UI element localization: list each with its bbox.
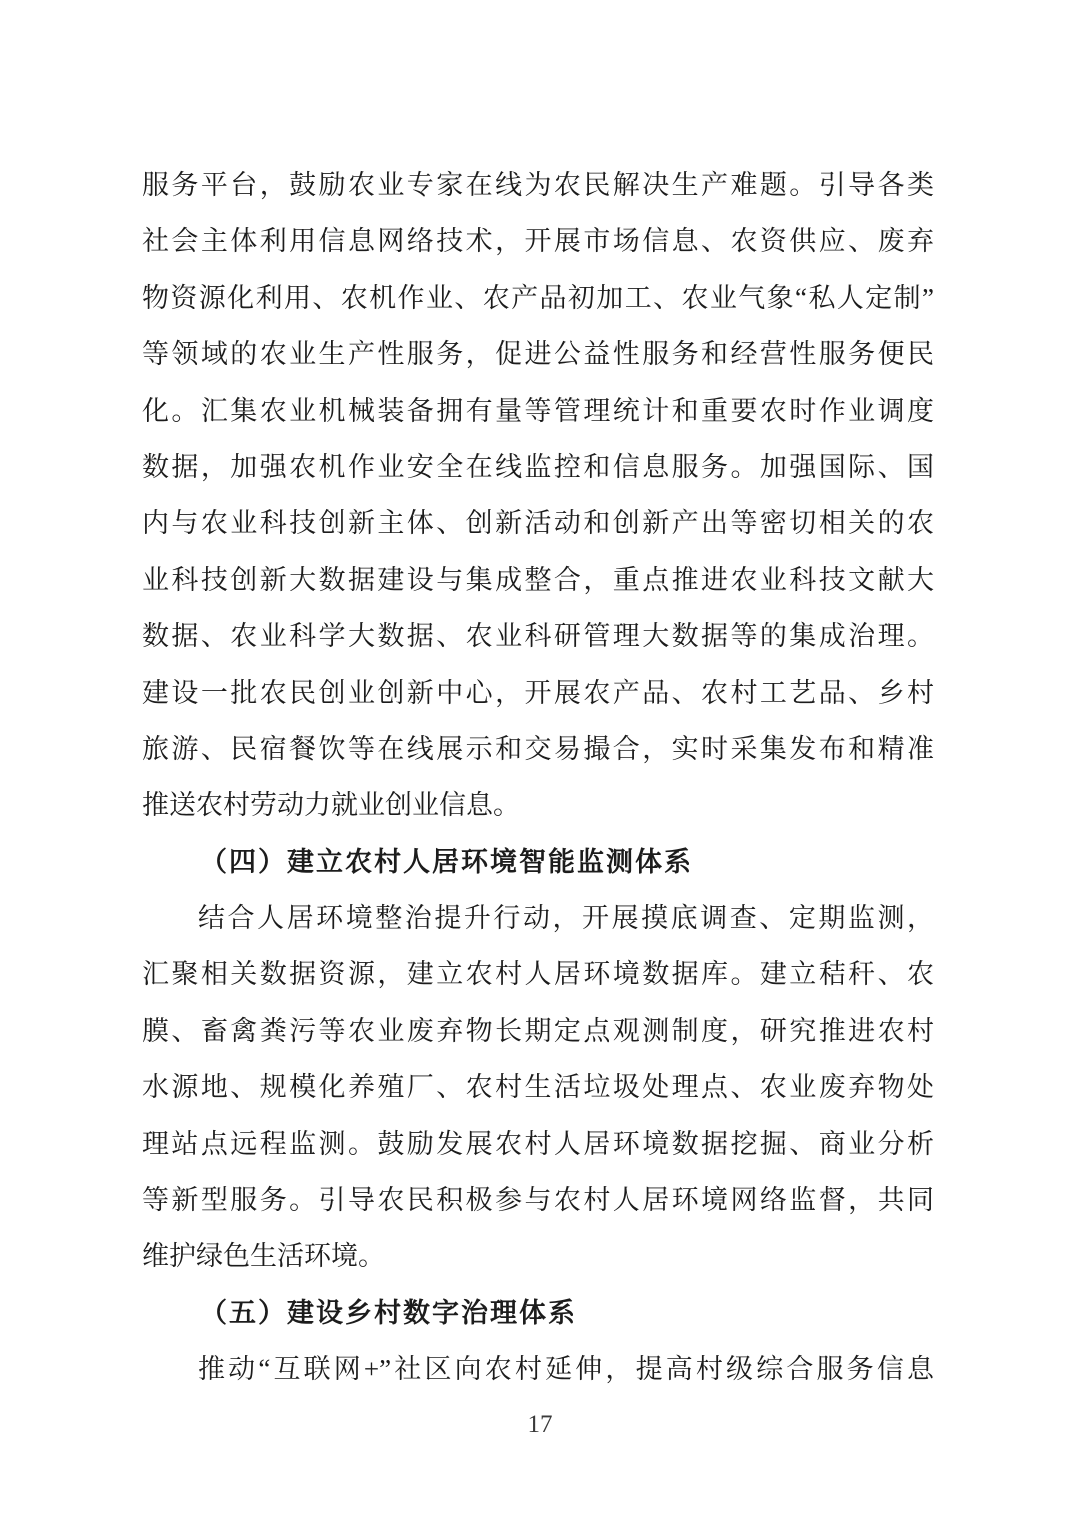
text-line: 社会主体利用信息网络技术，开展市场信息、农资供应、废弃 — [142, 213, 934, 269]
text-line: 旅游、民宿餐饮等在线展示和交易撮合，实时采集发布和精准 — [142, 721, 934, 777]
text-line: 汇聚相关数据资源，建立农村人居环境数据库。建立秸秆、农 — [142, 946, 934, 1002]
text-line: 推送农村劳动力就业创业信息。 — [142, 777, 934, 833]
text-line: 等新型服务。引导农民积极参与农村人居环境网络监督，共同 — [142, 1172, 934, 1228]
text-line: 水源地、规模化养殖厂、农村生活垃圾处理点、农业废弃物处 — [142, 1059, 934, 1115]
text-line: 结合人居环境整治提升行动，开展摸底调查、定期监测， — [142, 890, 934, 946]
text-line: 服务平台，鼓励农业专家在线为农民解决生产难题。引导各类 — [142, 157, 934, 213]
document-text-block: 服务平台，鼓励农业专家在线为农民解决生产难题。引导各类社会主体利用信息网络技术，… — [142, 157, 934, 1398]
text-line: 数据，加强农机作业安全在线监控和信息服务。加强国际、国 — [142, 439, 934, 495]
text-line: 化。汇集农业机械装备拥有量等管理统计和重要农时作业调度 — [142, 383, 934, 439]
text-line: 维护绿色生活环境。 — [142, 1228, 934, 1284]
page-number: 17 — [0, 1411, 1080, 1439]
section-heading: （四）建立农村人居环境智能监测体系 — [142, 834, 934, 890]
text-line: 等领域的农业生产性服务，促进公益性服务和经营性服务便民 — [142, 326, 934, 382]
text-line: 物资源化利用、农机作业、农产品初加工、农业气象“私人定制” — [142, 270, 934, 326]
text-line: 膜、畜禽粪污等农业废弃物长期定点观测制度，研究推进农村 — [142, 1003, 934, 1059]
text-line: 数据、农业科学大数据、农业科研管理大数据等的集成治理。 — [142, 608, 934, 664]
section-heading: （五）建设乡村数字治理体系 — [142, 1285, 934, 1341]
document-page: 服务平台，鼓励农业专家在线为农民解决生产难题。引导各类社会主体利用信息网络技术，… — [0, 0, 1080, 1527]
text-line: 理站点远程监测。鼓励发展农村人居环境数据挖掘、商业分析 — [142, 1116, 934, 1172]
text-line: 推动“互联网+”社区向农村延伸，提高村级综合服务信息 — [142, 1341, 934, 1397]
text-line: 业科技创新大数据建设与集成整合，重点推进农业科技文献大 — [142, 552, 934, 608]
text-line: 内与农业科技创新主体、创新活动和创新产出等密切相关的农 — [142, 495, 934, 551]
text-line: 建设一批农民创业创新中心，开展农产品、农村工艺品、乡村 — [142, 665, 934, 721]
